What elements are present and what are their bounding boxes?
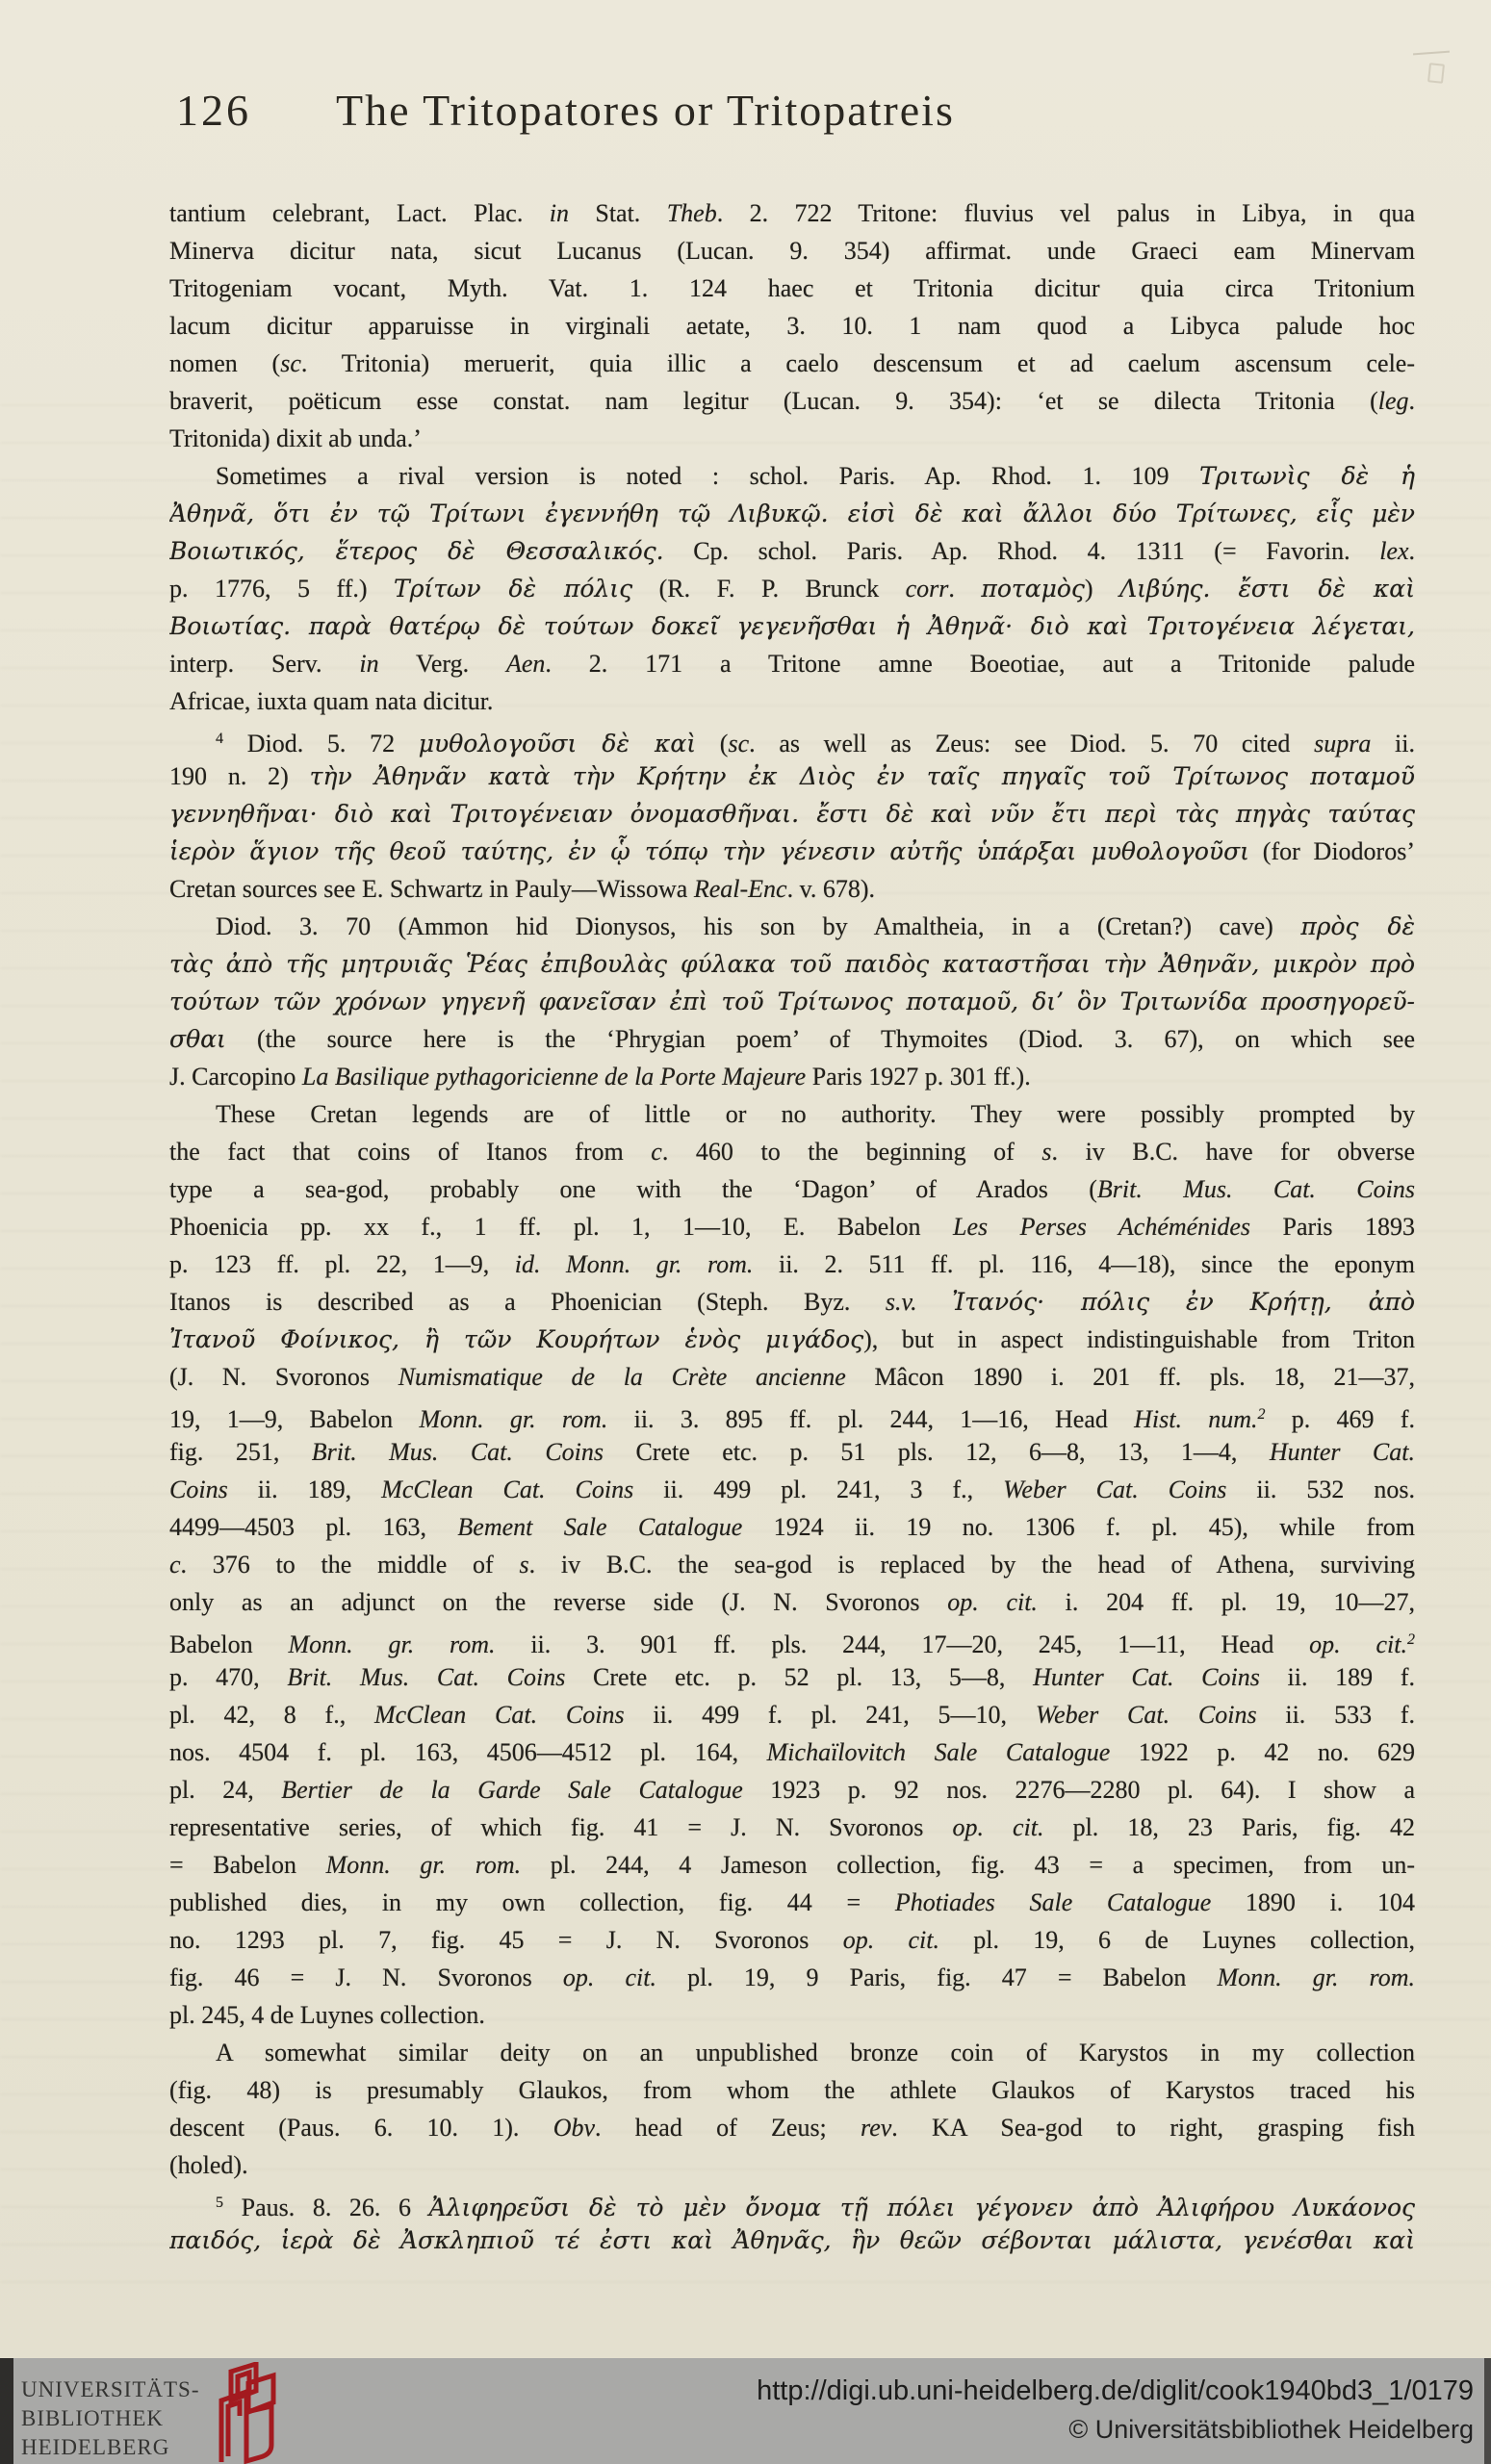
text-line: fig. 46 = J. N. Svoronos op. cit. pl. 19… [169, 1959, 1415, 1996]
page-header: 126The Tritopatores or Tritopatreis [176, 85, 955, 136]
source-url: http://digi.ub.uni-heidelberg.de/diglit/… [757, 2372, 1474, 2410]
text-line: Ἀθηνᾶ, ὅτι ἐν τῷ Τρίτωνι ἐγεννήθη τῷ Λιβ… [169, 495, 1415, 532]
text-line: pl. 42, 8 f., McClean Cat. Coins ii. 499… [169, 1696, 1415, 1733]
text-line: p. 123 ff. pl. 22, 1—9, id. Monn. gr. ro… [169, 1245, 1415, 1283]
text-line: interp. Serv. in Verg. Aen. 2. 171 a Tri… [169, 645, 1415, 682]
text-line: Cretan sources see E. Schwartz in Pauly—… [169, 870, 1415, 908]
text-line: no. 1293 pl. 7, fig. 45 = J. N. Svoronos… [169, 1921, 1415, 1959]
text-line: 4499—4503 pl. 163, Bement Sale Catalogue… [169, 1508, 1415, 1546]
text-line: A somewhat similar deity on an unpublish… [169, 2034, 1415, 2071]
text-line: Sometimes a rival version is noted : sch… [169, 457, 1415, 495]
text-line: Diod. 3. 70 (Ammon hid Dionysos, his son… [169, 908, 1415, 945]
text-line: nomen (sc. Tritonia) meruerit, quia illi… [169, 345, 1415, 382]
text-line: (holed). [169, 2146, 1415, 2184]
text-line: These Cretan legends are of little or no… [169, 1095, 1415, 1133]
text-line: Ἰτανοῦ Φοίνικος, ἢ τῶν Κουρήτων ἑνὸς μιγ… [169, 1321, 1415, 1358]
text-line: 4 Diod. 5. 72 μυθολογοῦσι δὲ καὶ (sc. as… [169, 720, 1415, 757]
text-line: descent (Paus. 6. 10. 1). Obv. head of Z… [169, 2109, 1415, 2146]
text-line: fig. 251, Brit. Mus. Cat. Coins Crete et… [169, 1433, 1415, 1471]
text-line: Tritonida) dixit ab unda.’ [169, 420, 1415, 457]
text-line: ἱερὸν ἅγιον τῆς θεοῦ ταύτης, ἐν ᾧ τόπῳ τ… [169, 833, 1415, 870]
scan-edge-left [0, 2358, 13, 2464]
library-logo-icon [193, 2362, 289, 2464]
text-line: representative series, of which fig. 41 … [169, 1809, 1415, 1846]
text-line: type a sea-god, probably one with the ‘D… [169, 1170, 1415, 1208]
scan-edge-right [1484, 2358, 1491, 2464]
text-line: Itanos is described as a Phoenician (Ste… [169, 1283, 1415, 1321]
text-line: Βοιωτίας. παρὰ θατέρῳ δὲ τούτων δοκεῖ γε… [169, 607, 1415, 645]
text-line: Africae, iuxta quam nata dicitur. [169, 682, 1415, 720]
text-line: Coins ii. 189, McClean Cat. Coins ii. 49… [169, 1471, 1415, 1508]
text-line: p. 470, Brit. Mus. Cat. Coins Crete etc.… [169, 1658, 1415, 1696]
text-line: J. Carcopino La Basilique pythagoricienn… [169, 1058, 1415, 1095]
text-line: braverit, poëticum esse constat. nam leg… [169, 382, 1415, 420]
copyright-notice: © Universitätsbibliothek Heidelberg [757, 2410, 1474, 2449]
text-line: γεννηθῆναι· διὸ καὶ Τριτογένειαν ὀνομασθ… [169, 795, 1415, 833]
text-line: Βοιωτικός, ἕτερος δὲ Θεσσαλικός. Cp. sch… [169, 532, 1415, 570]
page-title: The Tritopatores or Tritopatreis [336, 85, 955, 136]
text-line: lacum dicitur apparuisse in virginali ae… [169, 307, 1415, 345]
text-line: 19, 1—9, Babelon Monn. gr. rom. ii. 3. 8… [169, 1396, 1415, 1433]
text-line: only as an adjunct on the reverse side (… [169, 1583, 1415, 1621]
text-line: c. 376 to the middle of s. iv B.C. the s… [169, 1546, 1415, 1583]
page-number: 126 [176, 85, 251, 136]
library-name: UNIVERSITÄTS- BIBLIOTHEK HEIDELBERG [21, 2375, 200, 2462]
library-name-line2: BIBLIOTHEK [21, 2404, 200, 2433]
text-line: Tritogeniam vocant, Myth. Vat. 1. 124 ha… [169, 269, 1415, 307]
text-line: pl. 245, 4 de Luynes collection. [169, 1996, 1415, 2034]
text-line: (J. N. Svoronos Numismatique de la Crète… [169, 1358, 1415, 1396]
text-line: the fact that coins of Itanos from c. 46… [169, 1133, 1415, 1170]
pencil-mark [1407, 50, 1452, 89]
library-name-line1: UNIVERSITÄTS- [21, 2375, 200, 2404]
footer-credits: http://digi.ub.uni-heidelberg.de/diglit/… [757, 2372, 1474, 2449]
text-line: Minerva dicitur nata, sicut Lucanus (Luc… [169, 232, 1415, 269]
text-line: τὰς ἀπὸ τῆς μητρυιᾶς Ῥέας ἐπιβουλὰς φύλα… [169, 945, 1415, 983]
footer-bar: UNIVERSITÄTS- BIBLIOTHEK HEIDELBERG http… [0, 2358, 1491, 2464]
text-line: tantium celebrant, Lact. Plac. in Stat. … [169, 194, 1415, 232]
text-line: (fig. 48) is presumably Glaukos, from wh… [169, 2071, 1415, 2109]
text-line: = Babelon Monn. gr. rom. pl. 244, 4 Jame… [169, 1846, 1415, 1884]
text-line: Babelon Monn. gr. rom. ii. 3. 901 ff. pl… [169, 1621, 1415, 1658]
scanned-book-page: { "header": { "page_number": "126", "tit… [0, 0, 1491, 2464]
text-line: p. 1776, 5 ff.) Τρίτων δὲ πόλις (R. F. P… [169, 570, 1415, 607]
text-line: published dies, in my own collection, fi… [169, 1884, 1415, 1921]
text-line: παιδός, ἱερὰ δὲ Ἀσκληπιοῦ τέ ἐστι καὶ Ἀθ… [169, 2221, 1415, 2259]
text-line: τούτων τῶν χρόνων γηγενῆ φανεῖσαν ἐπὶ το… [169, 983, 1415, 1020]
text-line: nos. 4504 f. pl. 163, 4506—4512 pl. 164,… [169, 1733, 1415, 1771]
text-line: 190 n. 2) τὴν Ἀθηνᾶν κατὰ τὴν Κρήτην ἐκ … [169, 757, 1415, 795]
page-text: tantium celebrant, Lact. Plac. in Stat. … [169, 194, 1415, 2259]
text-line: Phoenicia pp. xx f., 1 ff. pl. 1, 1—10, … [169, 1208, 1415, 1245]
library-name-line3: HEIDELBERG [21, 2433, 200, 2462]
text-line: pl. 24, Bertier de la Garde Sale Catalog… [169, 1771, 1415, 1809]
text-line: σθαι (the source here is the ‘Phrygian p… [169, 1020, 1415, 1058]
text-line: 5 Paus. 8. 26. 6 Ἀλιφηρεῦσι δὲ τὸ μὲν ὄν… [169, 2184, 1415, 2221]
